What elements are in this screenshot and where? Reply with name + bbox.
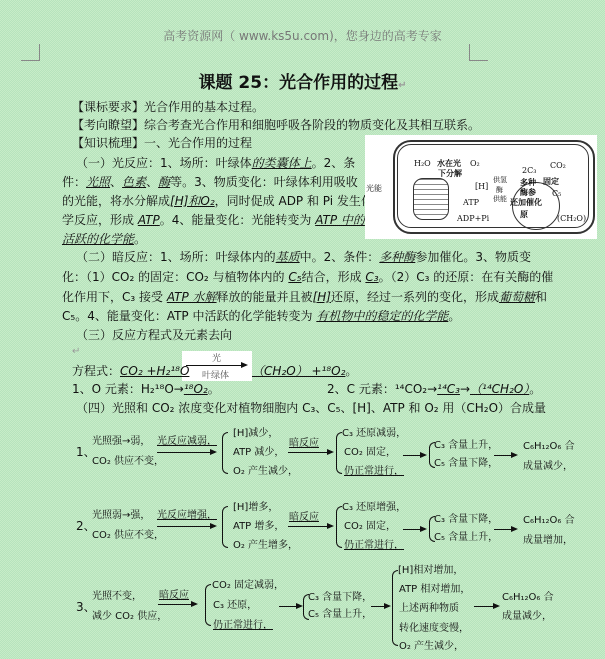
branch-item: O₂ 产生减少， — [399, 641, 464, 653]
label-ch2o: (CH₂O) — [557, 214, 586, 223]
branch-item: C₃ 含量下降， — [434, 514, 498, 526]
flow-condition: 光照强→弱， — [92, 436, 150, 448]
arrow-icon — [279, 606, 301, 607]
arrow-label: 光反应减弱， — [157, 436, 217, 448]
light-reaction-line-2: 件：光照、色素、酶等。3、物质变化：叶绿体利用吸收 — [62, 173, 358, 191]
result-text: C₆H₁₂O₆ 合 — [523, 515, 575, 527]
arrow-icon — [288, 526, 332, 527]
light-reaction-line-3: 的光能，将水分解成[H]和O₂，同时促成 ADP 和 Pi 发生化 — [62, 192, 373, 210]
result-text: 成量增加， — [523, 535, 573, 547]
brace-icon — [222, 432, 228, 474]
equation-arrow-box: 光 叶绿体 — [182, 351, 252, 381]
page-title: 课题 25：光合作用的过程↵ — [0, 68, 605, 93]
arrow-icon — [157, 526, 215, 527]
paragraph-mark: ↵ — [72, 346, 80, 357]
branch-item: 转化速度变慢， — [399, 623, 469, 635]
label-co2: CO₂ — [550, 161, 566, 170]
branch-item: ATP 相对增加， — [399, 584, 470, 596]
flow-condition: CO₂ 供应不变， — [92, 456, 164, 468]
label-supply-h: 供氢 — [493, 175, 507, 185]
flow-condition: 光照弱→强， — [92, 510, 150, 522]
label-atp: ATP — [463, 198, 479, 207]
light-reaction-line-4: 学反应，形成 ATP。4、能量变化：光能转变为 ATP 中的 — [62, 211, 365, 229]
branch-item: C₃ 还原增强， — [342, 502, 406, 514]
branch-item: CO₂ 固定， — [344, 521, 396, 533]
brace-icon — [222, 506, 228, 548]
label-c5: C₅ — [552, 189, 561, 198]
dark-reaction-line-4: C₅。4、能量变化：ATP 中活跃的化学能转变为 有机物中的稳定的化学能。 — [62, 307, 460, 325]
branch-item: 仍正常进行， — [344, 466, 404, 478]
label-light: 光能 — [366, 183, 382, 194]
branch-item: CO₂ 固定减弱， — [212, 580, 284, 592]
branch-item: O₂ 产生增多， — [233, 540, 298, 552]
flow-condition: 减少 CO₂ 供应， — [92, 611, 167, 623]
arrow-label: 暗反应 — [159, 590, 189, 602]
margin-corner-right — [469, 44, 488, 61]
chloroplast-diagram: 光能 H₂O 水在光 下分解 O₂ [H] 供氢 酶 供能 ATP ADP+Pi… — [365, 135, 597, 239]
branch-item: [H]相对增加， — [398, 565, 463, 577]
arrow-icon — [371, 606, 389, 607]
arrow-icon — [157, 452, 215, 453]
label-adp: ADP+Pi — [457, 214, 489, 223]
knowledge-line: 【知识梳理】一、光合作用的过程 — [72, 134, 252, 152]
light-reaction-line-5: 活跃的化学能。 — [62, 230, 146, 248]
label-h: [H] — [475, 182, 488, 191]
flow-condition: 光照不变， — [92, 591, 142, 603]
branch-item: CO₂ 固定， — [344, 447, 396, 459]
o-element-line: 1、O 元素：H₂¹⁸O→¹⁸O₂。 — [72, 380, 220, 398]
dark-reaction-line-1: （二）暗反应：1、场所：叶绿体内的基质中。2、条件：多种酶参加催化。3、物质变 — [76, 248, 531, 266]
branch-item: [H]增多， — [233, 502, 278, 514]
label-o2: O₂ — [470, 159, 480, 168]
branch-item: O₂ 产生减少， — [233, 466, 298, 478]
arrow-label: 暗反应 — [289, 438, 319, 450]
branch-item: C₃ 含量下降， — [308, 592, 372, 604]
section-3-heading: （三）反应方程式及元素去向 — [76, 326, 232, 344]
branch-item: C₅ 含量上升， — [434, 532, 498, 544]
equation-line: 方程式：CO₂ +H₂¹⁸O — [72, 362, 189, 380]
branch-item: C₃ 含量上升， — [434, 440, 498, 452]
page-header: 高考资源网（ www.ks5u.com)，您身边的高考专家 — [0, 27, 605, 44]
equation-arrow — [186, 365, 246, 366]
branch-item: C₅ 含量上升， — [308, 609, 372, 621]
label-yuan: 原 — [520, 209, 528, 220]
branch-item: ATP 减少， — [233, 447, 284, 459]
dark-reaction-line-3: 化作用下，C₃ 接受 ATP 水解释放的能量并且被[H]还原，经过一系列的变化，… — [62, 288, 547, 306]
label-supply-e: 供能 — [493, 194, 507, 204]
branch-item: [H]减少， — [233, 428, 278, 440]
outlook-line: 【考向瞭望】综合考查光合作用和细胞呼吸各阶段的物质变化及其相互联系。 — [72, 116, 480, 134]
flow-condition: CO₂ 供应不变， — [92, 530, 164, 542]
branch-item: C₃ 还原， — [213, 600, 257, 612]
section-4-heading: （四）光照和 CO₂ 浓度变化对植物细胞内 C₃、C₅、[H]、ATP 和 O₂… — [76, 399, 546, 417]
label-h2o: H₂O — [414, 159, 431, 168]
label-fix: 固定 — [543, 176, 559, 187]
arrow-icon — [403, 455, 425, 456]
branch-item: 仍正常进行， — [213, 620, 273, 632]
requirements-line: 【课标要求】光合作用的基本过程。 — [72, 98, 264, 116]
arrow-icon — [474, 606, 498, 607]
margin-corner-left — [21, 44, 40, 61]
arrow-icon — [494, 455, 516, 456]
arrow-icon — [403, 529, 425, 530]
branch-item: 上述两种物质 — [399, 603, 459, 615]
brace-icon — [392, 570, 398, 646]
result-text: 成量减少， — [523, 461, 573, 473]
c-element-line: 2、C 元素：¹⁴CO₂→¹⁴C₃→（¹⁴CH₂O）。 — [327, 380, 541, 398]
equation-right: （CH₂O） +¹⁸O₂。 — [252, 362, 357, 380]
result-text: C₆H₁₂O₆ 合 — [523, 441, 575, 453]
arrow-label: 光反应增强， — [157, 510, 217, 522]
branch-item: C₅ 含量下降， — [434, 458, 498, 470]
branch-item: ATP 增多， — [233, 521, 284, 533]
label-c3: 2C₃ — [522, 166, 536, 175]
equation-light-label: 光 — [212, 351, 221, 364]
label-multi3: 加催化 — [518, 197, 542, 208]
arrow-label: 暗反应 — [289, 512, 319, 524]
arrow-icon — [494, 529, 516, 530]
thylakoid-grana — [413, 178, 449, 220]
result-text: C₆H₁₂O₆ 合 — [502, 592, 554, 604]
label-reduce: 还 — [510, 197, 518, 208]
arrow-icon — [158, 604, 196, 605]
branch-item: C₃ 还原减弱， — [342, 428, 406, 440]
dark-reaction-line-2: 化：（1）CO₂ 的固定：CO₂ 与植物体内的 C₅结合，形成 C₃。（2）C₃… — [62, 268, 553, 286]
label-split2: 下分解 — [438, 168, 462, 179]
result-text: 成量减少， — [502, 611, 552, 623]
light-reaction-line-1: （一）光反应：1、场所：叶绿体的类囊体上。2、条 — [76, 154, 355, 172]
branch-item: 仍正常进行， — [344, 540, 404, 552]
brace-icon — [205, 584, 211, 626]
arrow-icon — [288, 452, 332, 453]
